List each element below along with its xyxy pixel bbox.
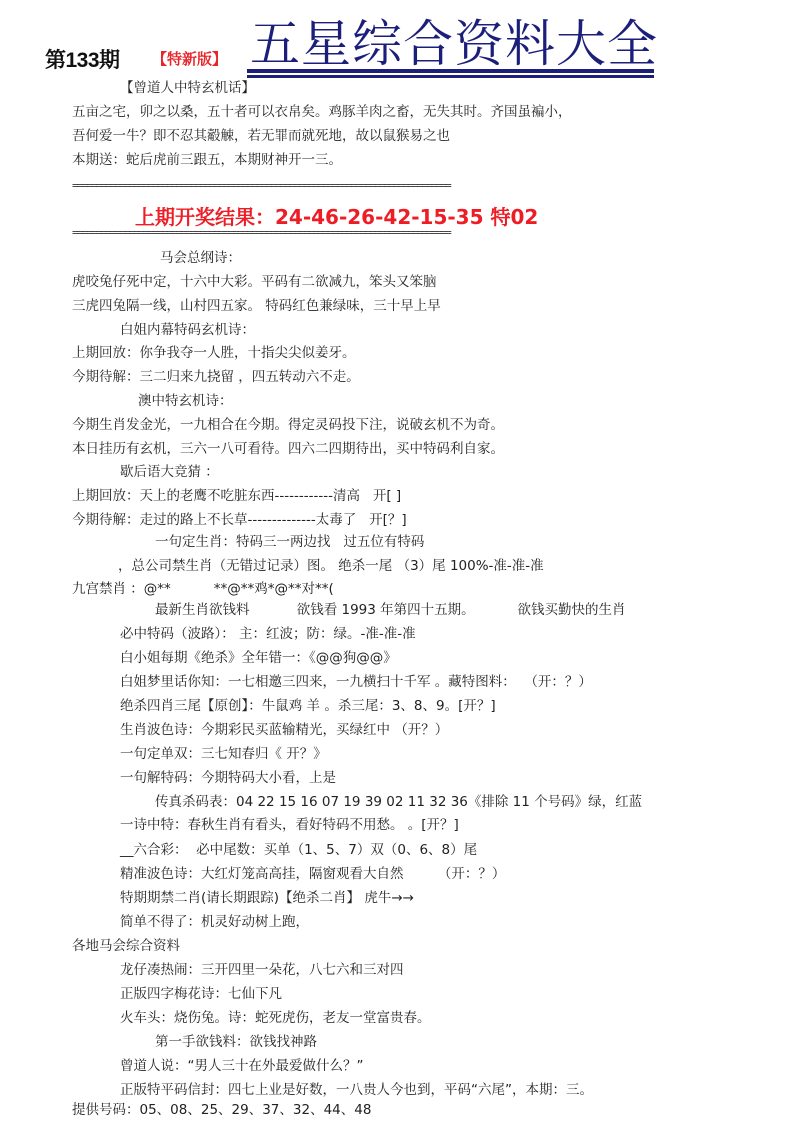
content-line: __六合彩： 必中尾数：买单（1、5、7）双（0、6、8）尾 [120, 840, 477, 860]
intro-line: 本期送：蛇后虎前三跟五，本期财神开一三。 [72, 150, 342, 170]
content-line: ，总公司禁生肖（无错过记录）图。 绝杀一尾 （3）尾 100%-准-准-准 [118, 556, 544, 576]
content-line: 简单不得了：机灵好动树上跑， [120, 912, 309, 932]
content-line: 特期期禁二肖(请长期跟踪)【绝杀二肖】 虎牛→→ [120, 888, 414, 908]
title-underline-secondary [247, 75, 654, 78]
content-line: 提供号码：05、08、25、29、37、32、44、48 [72, 1100, 371, 1120]
separator-top: ========================================… [72, 181, 692, 190]
content-line: 今期生肖发金光，一九相合在今期。得定灵码投下注，说破玄机不为奇。 [72, 415, 504, 435]
content-line: 正版特平码信封：四七上业是好数，一八贵人今也到，平码“六尾”，本期：三。 [120, 1080, 593, 1100]
separator-bottom: ========================================… [72, 228, 692, 237]
intro-line: 吾何爱一牛？即不忍其觳觫，若无罪而就死地，故以鼠猴易之也 [72, 126, 450, 146]
content-line: 澳中特玄机诗： [138, 391, 233, 411]
intro-heading: 【曾道人中特玄机话】 [120, 78, 255, 98]
issue-number: 第133期 [45, 44, 120, 74]
content-line: 传真杀码表：04 22 15 16 07 19 39 02 11 32 36《排… [155, 792, 642, 812]
content-line: 上期回放：天上的老鹰不吃脏东西------------清高 开[ ] [72, 486, 401, 506]
content-line: 各地马会综合资料 [72, 936, 180, 956]
content-line: 正版四字梅花诗：七仙下凡 [120, 984, 282, 1004]
content-line: 三虎四兔隔一线，山村四五家。 特码红色兼绿味，三十早上早 [72, 296, 441, 316]
content-line: 一诗中特：春秋生肖有看头，看好特码不用愁。 。[开？] [120, 815, 459, 835]
intro-line: 五亩之宅，卯之以桑，五十者可以衣帛矣。鸡豚羊肉之畜，无失其时。齐国虽褊小， [72, 102, 572, 122]
content-line: 白姐内幕特码玄机诗： [120, 320, 255, 340]
content-line: 一句定单双：三七知春归《 开？》 [120, 744, 327, 764]
draw-result: 上期开奖结果：24-46-26-42-15-35 特02 [135, 201, 538, 230]
content-line: 歇后语大竞猜 ： [120, 462, 219, 482]
content-line: 必中特码（波路）： 主：红波；防：绿。-准-准-准 [120, 624, 416, 644]
content-line: 本日挂历有玄机，三六一八可看待。四六二四期待出，买中特码利自家。 [72, 439, 504, 459]
content-line: 上期回放：你争我夺一人胜，十指尖尖似姜牙。 [72, 343, 356, 363]
content-line: 生肖波色诗：今期彩民买蓝输精光，买绿红中 （开？） [120, 720, 448, 740]
content-line: 今期待解：走过的路上不长草--------------太毒了 开[？] [72, 510, 407, 530]
content-line: 今期待解：三二归来九挠留 ，四五转动六不走。 [72, 367, 360, 387]
content-line: 第一手欲钱料：欲钱找神路 [155, 1032, 317, 1052]
title-underline [247, 69, 654, 73]
content-line: 马会总纲诗： [160, 248, 241, 268]
content-line: 火车头：烧伤兔。诗：蛇死虎伤，老友一堂富贵春。 [120, 1008, 431, 1028]
content-line: 白姐梦里话你知：一七相邀三四来，一九横扫十千军 。藏特图料： （开：？） [120, 672, 592, 692]
content-line: 绝杀四肖三尾【原创】：牛鼠鸡 羊 。杀三尾：3、8、9。[开？] [120, 696, 496, 716]
content-line: 一句定生肖：特码三一两边找 过五位有特码 [155, 532, 424, 552]
edition-badge: 【特新版】 [152, 48, 227, 69]
content-line: 一句解特码：今期特码大小看，上是 [120, 768, 336, 788]
content-line: 曾道人说：“男人三十在外最爱做什么？” [120, 1056, 364, 1076]
page-title: 五星综合资料大全 [250, 14, 658, 74]
content-line: 白小姐每期《绝杀》全年错一：《@@狗@@》 [120, 648, 397, 668]
content-line: 九宫禁肖 ：@** **@**鸡*@**对**( [72, 579, 334, 599]
content-line: 龙仔凑热闹：三开四里一朵花，八七六和三对四 [120, 960, 404, 980]
content-line: 精准波色诗：大红灯笼高高挂，隔窗观看大自然 （开：？） [120, 864, 505, 884]
content-line: 虎咬兔仔死中定，十六中大彩。平码有二欲减九，笨头又笨脑 [72, 272, 437, 292]
content-line: 最新生肖欲钱料 欲钱看 1993 年第四十五期。 欲钱买勤快的生肖 [155, 600, 626, 620]
